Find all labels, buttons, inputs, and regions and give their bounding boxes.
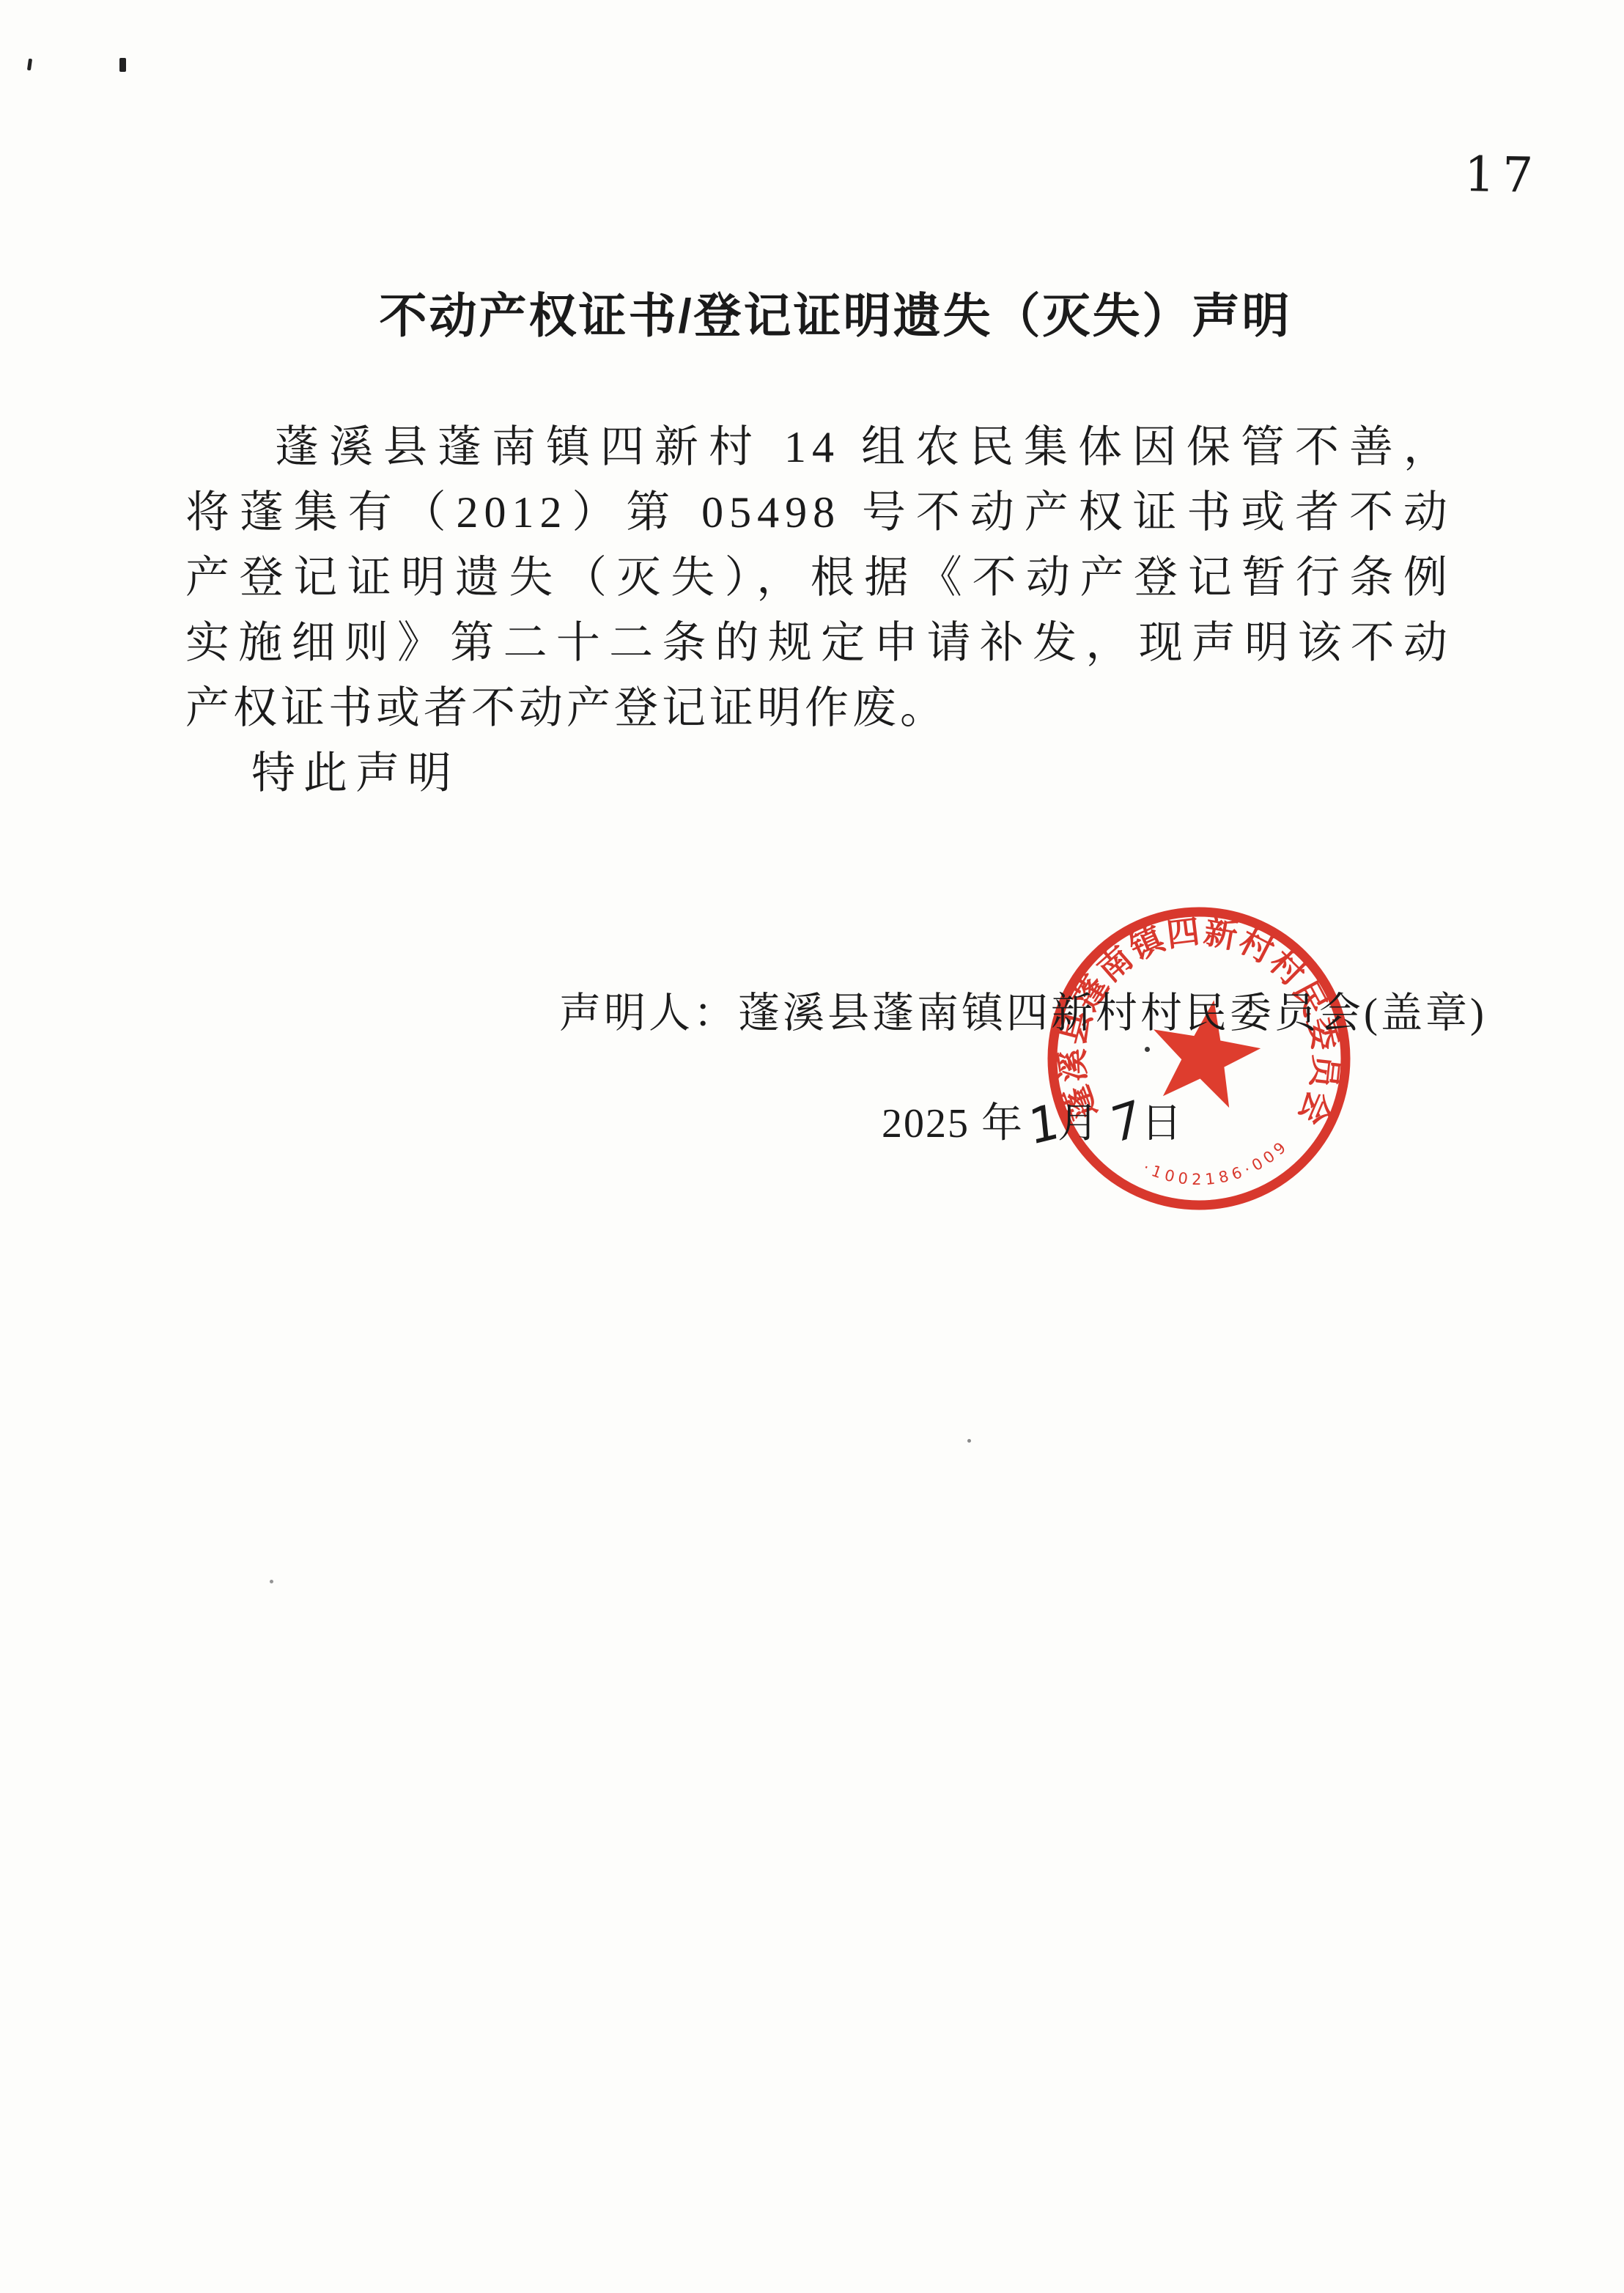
scanned-document-page: 17 不动产权证书/登记证明遗失（灭失）声明 蓬溪县蓬南镇四新村 14 组农民集… <box>0 0 1624 2293</box>
closing-phrase: 特此声明 <box>185 741 1453 806</box>
ink-speck <box>27 59 32 71</box>
handwritten-month: 1 <box>1027 1097 1063 1153</box>
body-line: 产登记证明遗失（灭失），根据《不动产登记暂行条例 <box>185 545 1453 611</box>
page-number: 17 <box>1464 146 1540 204</box>
ink-speck <box>270 1580 273 1583</box>
official-seal-stamp: 蓬溪县蓬南镇四新村村民委员会 ·1002186·009 <box>1030 889 1368 1228</box>
body-line: 产权证书或者不动产登记证明作废。 <box>185 676 1453 741</box>
handwritten-day: 7 <box>1108 1093 1145 1152</box>
ink-speck <box>967 1439 971 1443</box>
date-month-label: 月 <box>1058 1101 1100 1146</box>
body-line: 实施细则》第二十二条的规定申请补发，现声明该不动 <box>185 611 1453 676</box>
ink-speck <box>119 58 126 72</box>
date-line: 2025 年1月7日 <box>882 1091 1184 1149</box>
body-line: 将蓬集有（2012）第 05498 号不动产权证书或者不动 <box>185 480 1453 545</box>
date-year: 2025 <box>882 1101 970 1146</box>
date-year-label: 年 <box>981 1101 1024 1146</box>
document-title: 不动产权证书/登记证明遗失（灭失）声明 <box>0 277 1624 346</box>
ink-speck <box>1145 1047 1150 1052</box>
body-line: 蓬溪县蓬南镇四新村 14 组农民集体因保管不善， <box>185 415 1453 480</box>
declaration-body: 蓬溪县蓬南镇四新村 14 组农民集体因保管不善， 将蓬集有（2012）第 054… <box>185 415 1453 806</box>
declarer-line: 声明人：蓬溪县蓬南镇四新村村民委员会(盖章) <box>559 979 1487 1039</box>
date-day-label: 日 <box>1141 1101 1184 1146</box>
